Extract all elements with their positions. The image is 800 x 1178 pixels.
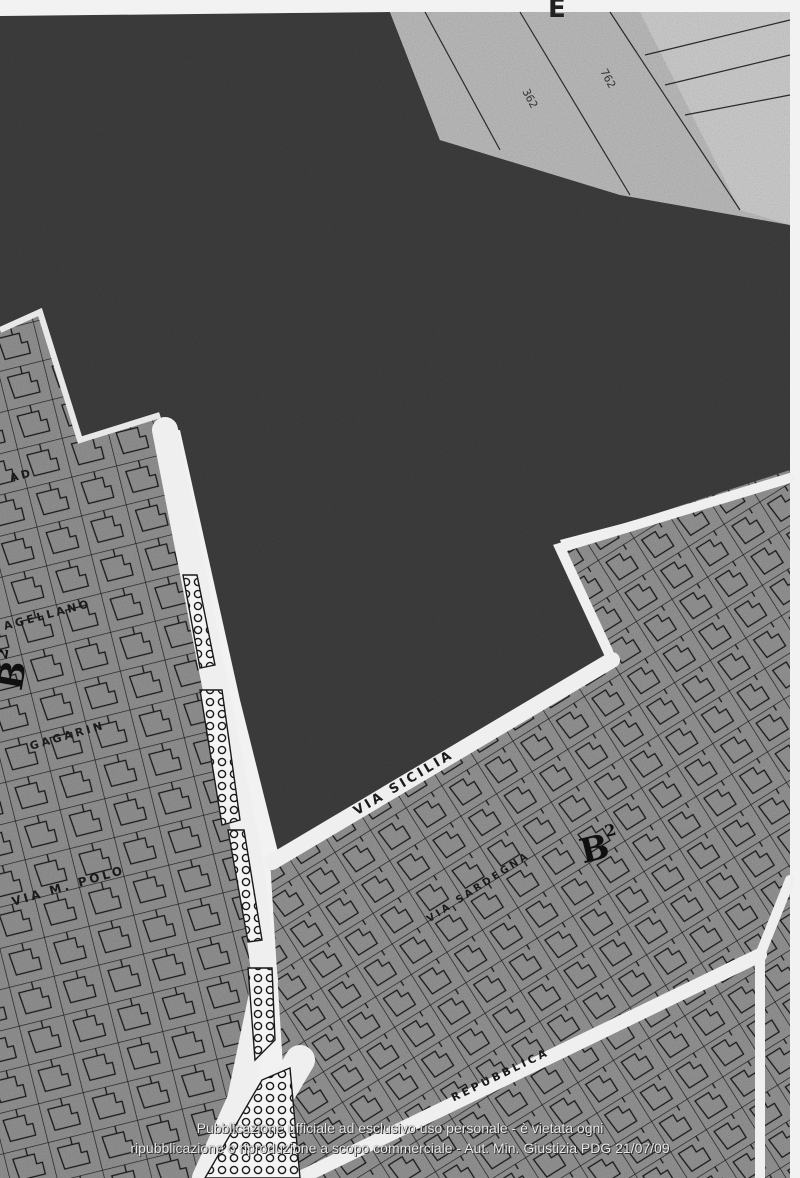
top-margin-mark: E [548, 0, 566, 24]
watermark-line-1: Pubblicazione ufficiale ad esclusivo uso… [0, 1120, 800, 1136]
zoning-map [0, 0, 800, 1178]
zone-subscript: 2 [0, 646, 12, 660]
watermark-line-2: ripubblicazione o riproduzione a scopo c… [0, 1140, 800, 1156]
zone-letter: B [0, 658, 35, 693]
